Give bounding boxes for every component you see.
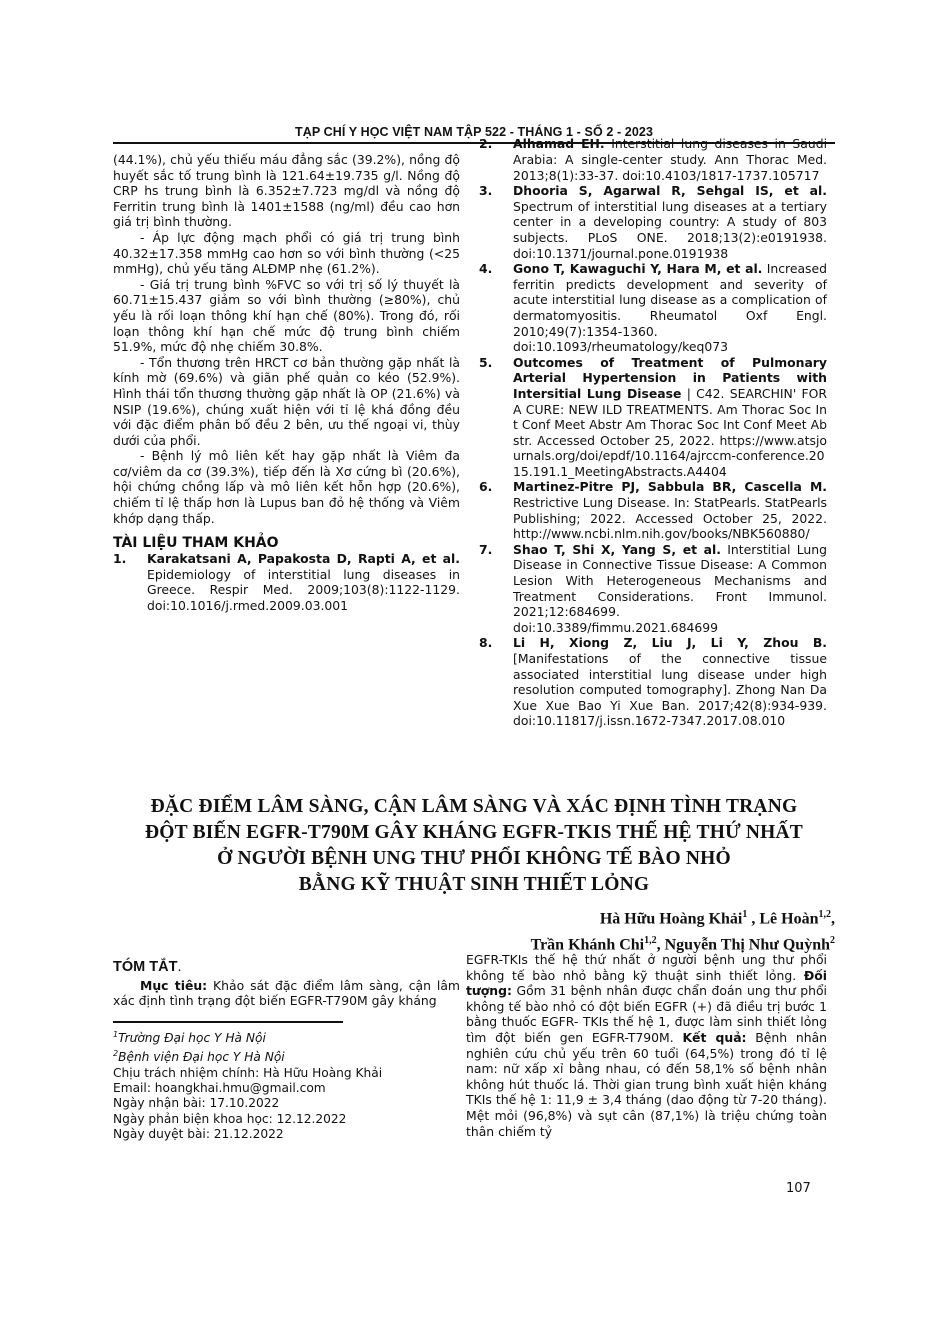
paragraph: - Giá trị trung bình %FVC so với trị số … (113, 277, 460, 355)
author-separator: , (831, 910, 835, 927)
abstract-continued: EGFR-TKIs thế hệ thứ nhất ở người bệnh u… (466, 952, 827, 1139)
title-line: Ở NGƯỜI BỆNH UNG THƯ PHỔI KHÔNG TẾ BÀO N… (113, 846, 835, 872)
author-affiliation: 1,2 (819, 909, 832, 920)
reference-item: 6. Martinez-Pitre PJ, Sabbula BR, Cascel… (479, 479, 827, 541)
reference-authors: Karakatsani A, Papakosta D, Rapti A, et … (147, 551, 460, 566)
abstract-text: EGFR-TKIs thế hệ thứ nhất ở người bệnh u… (466, 952, 827, 983)
results-label: Kết quả: (682, 1030, 746, 1045)
author-name: Hà Hữu Hoàng Khải (600, 910, 743, 927)
article-title: ĐẶC ĐIỂM LÂM SÀNG, CẬN LÂM SÀNG VÀ XÁC Đ… (113, 794, 835, 898)
abstract-right: EGFR-TKIs thế hệ thứ nhất ở người bệnh u… (466, 952, 827, 1139)
reference-number: 4. (479, 261, 513, 355)
reference-number: 7. (479, 542, 513, 636)
reference-authors: Shao T, Shi X, Yang S, et al. (513, 542, 721, 557)
review-date: Ngày phản biện khoa học: 12.12.2022 (113, 1112, 460, 1127)
reference-number: 8. (479, 635, 513, 729)
reference-item: 4. Gono T, Kawaguchi Y, Hara M, et al. I… (479, 261, 827, 355)
paragraph: - Áp lực động mạch phổi có giá trị trung… (113, 230, 460, 277)
accepted-date: Ngày duyệt bài: 21.12.2022 (113, 1127, 460, 1142)
abstract-left: TÓM TẮT. Mục tiêu: Khảo sát đặc điểm lâm… (113, 960, 460, 1009)
title-line: ĐỘT BIẾN EGFR-T790M GÂY KHÁNG EGFR-TKIS … (113, 820, 835, 846)
references-heading: TÀI LIỆU THAM KHẢO (113, 535, 460, 551)
title-line: ĐẶC ĐIỂM LÂM SÀNG, CẬN LÂM SÀNG VÀ XÁC Đ… (113, 794, 835, 820)
abstract-objective: Mục tiêu: Khảo sát đặc điểm lâm sàng, cậ… (113, 978, 460, 1009)
reference-authors: Li H, Xiong Z, Liu J, Li Y, Zhou B. (513, 635, 827, 650)
author-affiliation: 2 (830, 935, 835, 946)
reference-number: 3. (479, 183, 513, 261)
reference-authors: Alhamad EH. (513, 136, 605, 151)
reference-item: 2. Alhamad EH. Interstitial lung disease… (479, 136, 827, 183)
affiliation-text: Bệnh viện Đại học Y Hà Nội (118, 1050, 285, 1064)
author-affiliation: 1,2 (644, 935, 657, 946)
affiliation-1: 1Trường Đại học Y Hà Nội (113, 1027, 460, 1046)
reference-text: Epidemiology of interstitial lung diseas… (147, 567, 460, 613)
page-number: 107 (786, 1181, 811, 1196)
reference-text: Spectrum of interstitial lung diseases a… (513, 199, 827, 261)
reference-number: 6. (479, 479, 513, 541)
footnote-divider (113, 1021, 343, 1023)
reference-text: Restrictive Lung Disease. In: StatPearls… (513, 495, 827, 541)
abstract-heading: TÓM TẮT. (113, 960, 460, 976)
paragraph: (44.1%), chủ yếu thiếu máu đẳng sắc (39.… (113, 152, 460, 230)
reference-item: 3. Dhooria S, Agarwal R, Sehgal IS, et a… (479, 183, 827, 261)
reference-number: 5. (479, 355, 513, 480)
reference-item: 7. Shao T, Shi X, Yang S, et al. Interst… (479, 542, 827, 636)
affiliation-2: 2Bệnh viện Đại học Y Hà Nội (113, 1046, 460, 1065)
reference-authors: Martinez-Pitre PJ, Sabbula BR, Cascella … (513, 479, 827, 494)
corresponding-author: Chịu trách nhiệm chính: Hà Hữu Hoàng Khả… (113, 1066, 460, 1081)
reference-text: [Manifestations of the connective tissue… (513, 651, 827, 728)
received-date: Ngày nhận bài: 17.10.2022 (113, 1096, 460, 1111)
abstract-heading-text: TÓM TẮT (113, 959, 177, 975)
paragraph: - Tổn thương trên HRCT cơ bản thường gặp… (113, 355, 460, 449)
reference-number: 1. (113, 551, 147, 613)
author-name: Lê Hoàn (759, 910, 818, 927)
abstract-heading-suffix: . (177, 959, 181, 975)
reference-number: 2. (479, 136, 513, 183)
results-text: Bệnh nhân nghiên cứu chủ yếu trên 60 tuổ… (466, 1030, 827, 1139)
reference-item: 8. Li H, Xiong Z, Liu J, Li Y, Zhou B. [… (479, 635, 827, 729)
affiliation-text: Trường Đại học Y Hà Nội (118, 1031, 266, 1045)
footnotes: 1Trường Đại học Y Hà Nội 2Bệnh viện Đại … (113, 1027, 460, 1142)
reference-item: 1. Karakatsani A, Papakosta D, Rapti A, … (113, 551, 460, 613)
paragraph: - Bệnh lý mô liên kết hay gặp nhất là Vi… (113, 448, 460, 526)
title-line: BẰNG KỸ THUẬT SINH THIẾT LỎNG (113, 872, 835, 898)
email: Email: hoangkhai.hmu@gmail.com (113, 1081, 460, 1096)
reference-authors: Gono T, Kawaguchi Y, Hara M, et al. (513, 261, 762, 276)
reference-authors: Dhooria S, Agarwal R, Sehgal IS, et al. (513, 183, 827, 198)
right-column-references: 2. Alhamad EH. Interstitial lung disease… (479, 152, 827, 729)
left-column: (44.1%), chủ yếu thiếu máu đẳng sắc (39.… (113, 152, 460, 614)
author-list: Hà Hữu Hoàng Khải1 , Lê Hoàn1,2, Trần Kh… (531, 904, 835, 957)
reference-item: 5. Outcomes of Treatment of Pulmonary Ar… (479, 355, 827, 480)
objective-label: Mục tiêu: (140, 978, 207, 993)
author-separator: , (747, 910, 759, 927)
